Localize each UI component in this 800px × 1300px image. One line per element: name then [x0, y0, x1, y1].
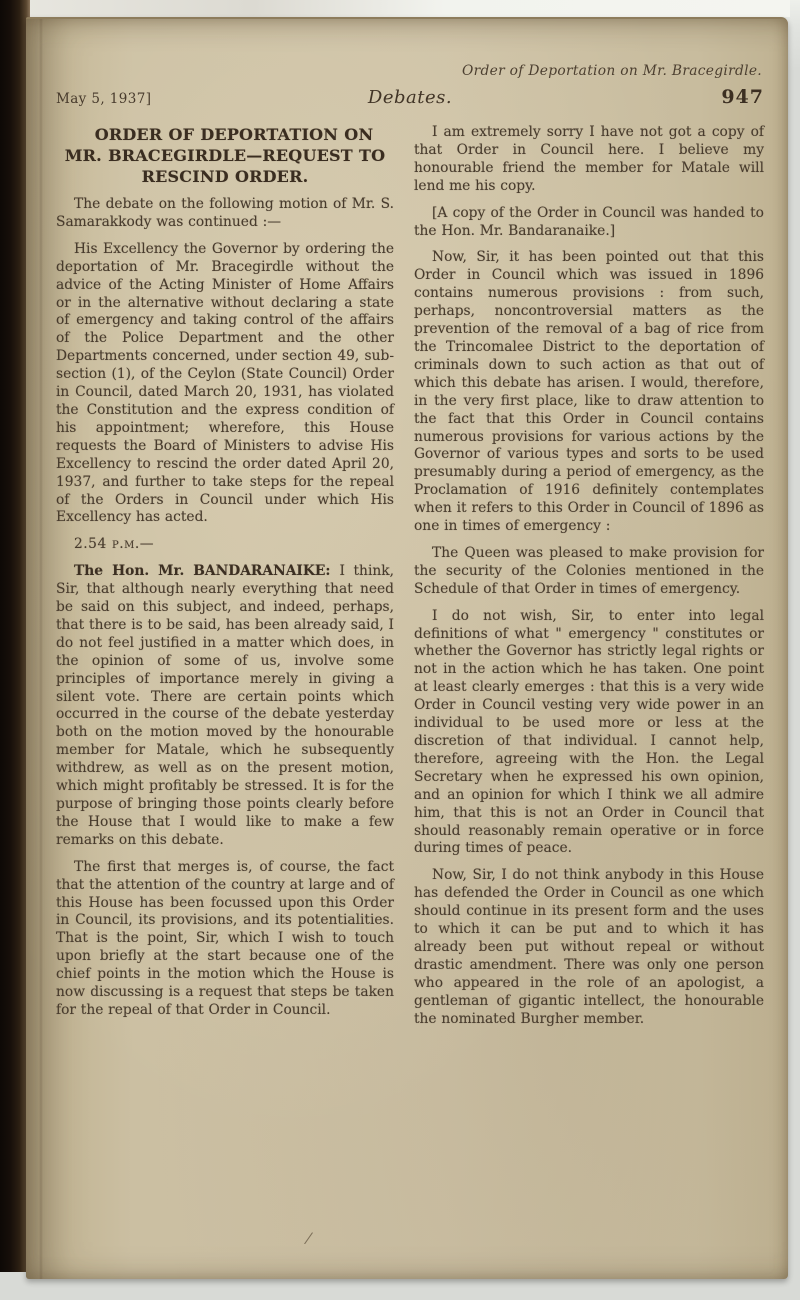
quotation: The Queen was pleased to make provision … — [414, 545, 764, 599]
page-number: 947 — [644, 86, 764, 108]
timestamp: 2.54 p.m.— — [56, 536, 394, 554]
page-header: May 5, 1937] Debates. 947 — [56, 86, 764, 108]
document-page: Order of Deportation on Mr. Bracegirdle.… — [26, 17, 788, 1279]
scan-background: Order of Deportation on Mr. Bracegirdle.… — [0, 0, 800, 1300]
speech-paragraph: The Hon. Mr. BANDARANAIKE: I think, Sir,… — [56, 563, 394, 850]
paragraph: I am extremely sorry I have not got a co… — [414, 124, 764, 196]
stage-direction: [A copy of the Order in Council was hand… — [414, 205, 764, 241]
paragraph: The first that merges is, of course, the… — [56, 859, 394, 1020]
header-date: May 5, 1937] — [56, 91, 176, 107]
journal-title: Debates. — [176, 87, 644, 108]
motion-text: His Excellency the Governor by ordering … — [56, 241, 394, 528]
paragraph: Now, Sir, it has been pointed out that t… — [414, 249, 764, 536]
text-columns: ORDER OF DEPORTATION ON MR. BRACEGIRDLE—… — [56, 124, 764, 1038]
page-edge-top — [24, 0, 790, 17]
section-heading: ORDER OF DEPORTATION ON MR. BRACEGIRDLE—… — [56, 124, 394, 187]
page-crease — [39, 19, 43, 1279]
running-title: Order of Deportation on Mr. Bracegirdle. — [56, 63, 764, 79]
paragraph: I do not wish, Sir, to enter into legal … — [414, 608, 764, 859]
paragraph-intro: The debate on the following motion of Mr… — [56, 196, 394, 232]
left-column: ORDER OF DEPORTATION ON MR. BRACEGIRDLE—… — [56, 124, 394, 1038]
right-column: I am extremely sorry I have not got a co… — [414, 124, 764, 1038]
ink-smudge: ∕ — [305, 1229, 313, 1248]
paragraph: Now, Sir, I do not think anybody in this… — [414, 867, 764, 1028]
speech-text: I think, Sir, that although nearly every… — [56, 563, 394, 848]
speaker-name: The Hon. Mr. BANDARANAIKE: — [74, 563, 339, 579]
